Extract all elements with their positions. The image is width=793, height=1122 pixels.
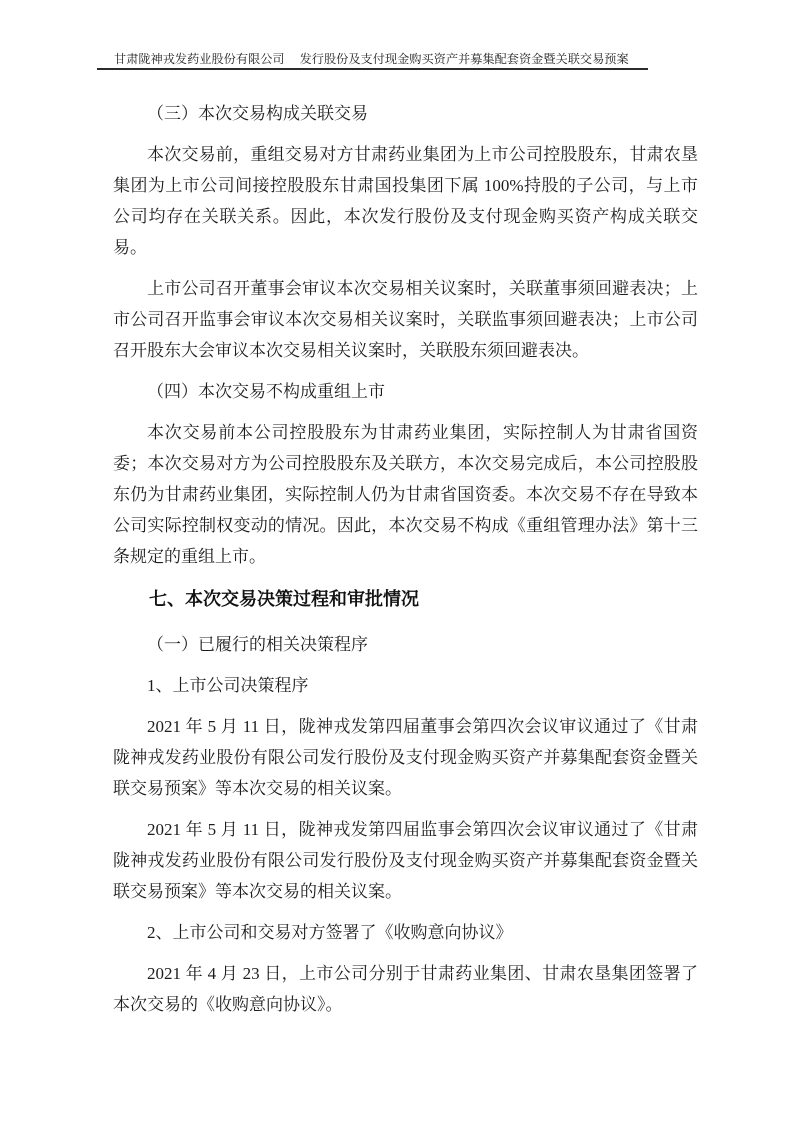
subsection-1-heading: （一）已履行的相关决策程序 xyxy=(113,629,698,660)
section-4-paragraph-1: 本次交易前本公司控股股东为甘肃药业集团，实际控制人为甘肃省国资委；本次交易对方为… xyxy=(113,417,698,572)
section-7-heading: 七、本次交易决策过程和审批情况 xyxy=(113,582,698,617)
item-1-paragraph-1: 2021 年 5 月 11 日，陇神戎发第四届董事会第四次会议审议通过了《甘肃陇… xyxy=(113,711,698,804)
document-page: 甘肃陇神戎发药业股份有限公司发行股份及支付现金购买资产并募集配套资金暨关联交易预… xyxy=(0,0,793,1122)
page-header: 甘肃陇神戎发药业股份有限公司发行股份及支付现金购买资产并募集配套资金暨关联交易预… xyxy=(97,52,648,70)
item-2-paragraph-1: 2021 年 4 月 23 日，上市公司分别于甘肃药业集团、甘肃农垦集团签署了本… xyxy=(113,958,698,1020)
item-2-heading: 2、上市公司和交易对方签署了《收购意向协议》 xyxy=(113,917,698,948)
item-1-heading: 1、上市公司决策程序 xyxy=(113,670,698,701)
section-3-paragraph-1: 本次交易前，重组交易对方甘肃药业集团为上市公司控股股东，甘肃农垦集团为上市公司间… xyxy=(113,139,698,263)
header-company-name: 甘肃陇神戎发药业股份有限公司 xyxy=(114,52,285,66)
item-1-paragraph-2: 2021 年 5 月 11 日，陇神戎发第四届监事会第四次会议审议通过了《甘肃陇… xyxy=(113,814,698,907)
document-body: （三）本次交易构成关联交易本次交易前，重组交易对方甘肃药业集团为上市公司控股股东… xyxy=(113,98,698,1030)
section-4-heading: （四）本次交易不构成重组上市 xyxy=(113,376,698,407)
section-3-paragraph-2: 上市公司召开董事会审议本次交易相关议案时，关联董事须回避表决；上市公司召开监事会… xyxy=(113,273,698,366)
section-3-heading: （三）本次交易构成关联交易 xyxy=(113,98,698,129)
header-doc-title: 发行股份及支付现金购买资产并募集配套资金暨关联交易预案 xyxy=(300,52,629,66)
